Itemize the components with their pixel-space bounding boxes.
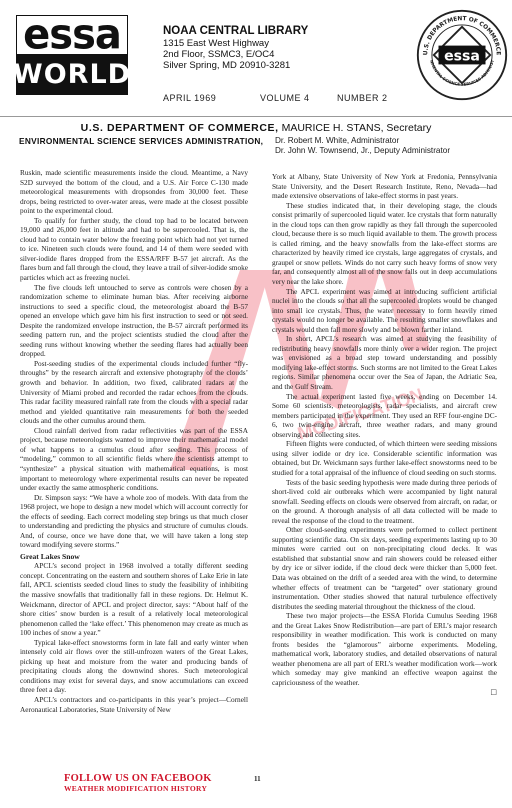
essa-world-logo: essa WORLD (16, 15, 128, 95)
paragraph: Other cloud-seeding experiments were per… (272, 525, 497, 611)
facebook-promo-line1: FOLLOW US ON FACEBOOK (64, 773, 212, 784)
paragraph: In short, APCL’s research was aimed at s… (272, 334, 497, 391)
dept-of-commerce-seal-icon: essa U.S. DEPARTMENT OF COMMERCE ENVIRON… (415, 8, 509, 102)
article-left-column: Ruskin, made scientific measurements ins… (20, 168, 248, 714)
logo-essa-text: essa (17, 15, 127, 55)
paragraph: Post-seeding studies of the experimental… (20, 359, 248, 426)
header-divider (0, 116, 512, 117)
address-line-1: 1315 East West Highway (163, 38, 308, 49)
agency-name: ENVIRONMENTAL SCIENCE SERVICES ADMINISTR… (19, 136, 263, 146)
paragraph: To qualify for further study, the cloud … (20, 216, 248, 283)
administrators: Dr. Robert M. White, Administrator Dr. J… (275, 136, 450, 156)
paragraph: Tests of the basic seeding hypothesis we… (272, 478, 497, 526)
paragraph: APCL’s second project in 1968 involved a… (20, 561, 248, 637)
paragraph: Ruskin, made scientific measurements ins… (20, 168, 248, 216)
paragraph: The five clouds left untouched to serve … (20, 283, 248, 359)
paragraph: York at Albany, State University of New … (272, 172, 497, 201)
secretary-name: MAURICE H. STANS, Secretary (282, 122, 432, 134)
issue-info: APRIL 1969VOLUME 4NUMBER 2 (163, 93, 388, 103)
logo-world-text: WORLD (17, 54, 127, 94)
department-line: U.S. DEPARTMENT OF COMMERCE, MAURICE H. … (0, 122, 512, 134)
article-right-column: York at Albany, State University of New … (272, 172, 497, 697)
paragraph: The actual experiment lasted five weeks,… (272, 392, 497, 440)
paragraph: The APCL experiment was aimed at introdu… (272, 287, 497, 335)
paragraph: These studies indicated that, in their d… (272, 201, 497, 287)
paragraph: Fifteen flights were conducted, of which… (272, 439, 497, 477)
paragraph: Dr. Simpson says: “We have a whole zoo o… (20, 493, 248, 550)
issue-volume: VOLUME 4 (260, 93, 337, 103)
deputy-administrator-name: Dr. John W. Townsend, Jr., Deputy Admini… (275, 146, 450, 156)
library-address-block: NOAA CENTRAL LIBRARY 1315 East West High… (163, 25, 308, 71)
svg-text:essa: essa (444, 49, 480, 65)
address-line-3: Silver Spring, MD 20910-3281 (163, 60, 308, 71)
facebook-promo[interactable]: FOLLOW US ON FACEBOOK WEATHER MODIFICATI… (64, 773, 212, 793)
address-line-2: 2nd Floor, SSMC3, E/OC4 (163, 49, 308, 60)
library-name: NOAA CENTRAL LIBRARY (163, 25, 308, 38)
paragraph: Cloud rainfall derived from radar reflec… (20, 426, 248, 493)
issue-number: NUMBER 2 (337, 93, 388, 103)
paragraph: These two major projects—the ESSA Florid… (272, 611, 497, 687)
section-heading-great-lakes-snow: Great Lakes Snow (20, 552, 248, 562)
department-name: U.S. DEPARTMENT OF COMMERCE, (81, 122, 279, 134)
facebook-promo-line2: WEATHER MODIFICATION HISTORY (64, 784, 212, 793)
agency-name-text: ENVIRONMENTAL SCIENCE SERVICES ADMINISTR… (19, 136, 263, 146)
paragraph: Typical lake-effect snowstorms form in l… (20, 638, 248, 695)
administrator-name: Dr. Robert M. White, Administrator (275, 136, 450, 146)
issue-date: APRIL 1969 (163, 93, 260, 103)
paragraph: APCL’s contractors and co-participants i… (20, 695, 248, 714)
page-number: 11 (254, 775, 261, 783)
end-of-article-mark-icon: □ (490, 688, 497, 698)
